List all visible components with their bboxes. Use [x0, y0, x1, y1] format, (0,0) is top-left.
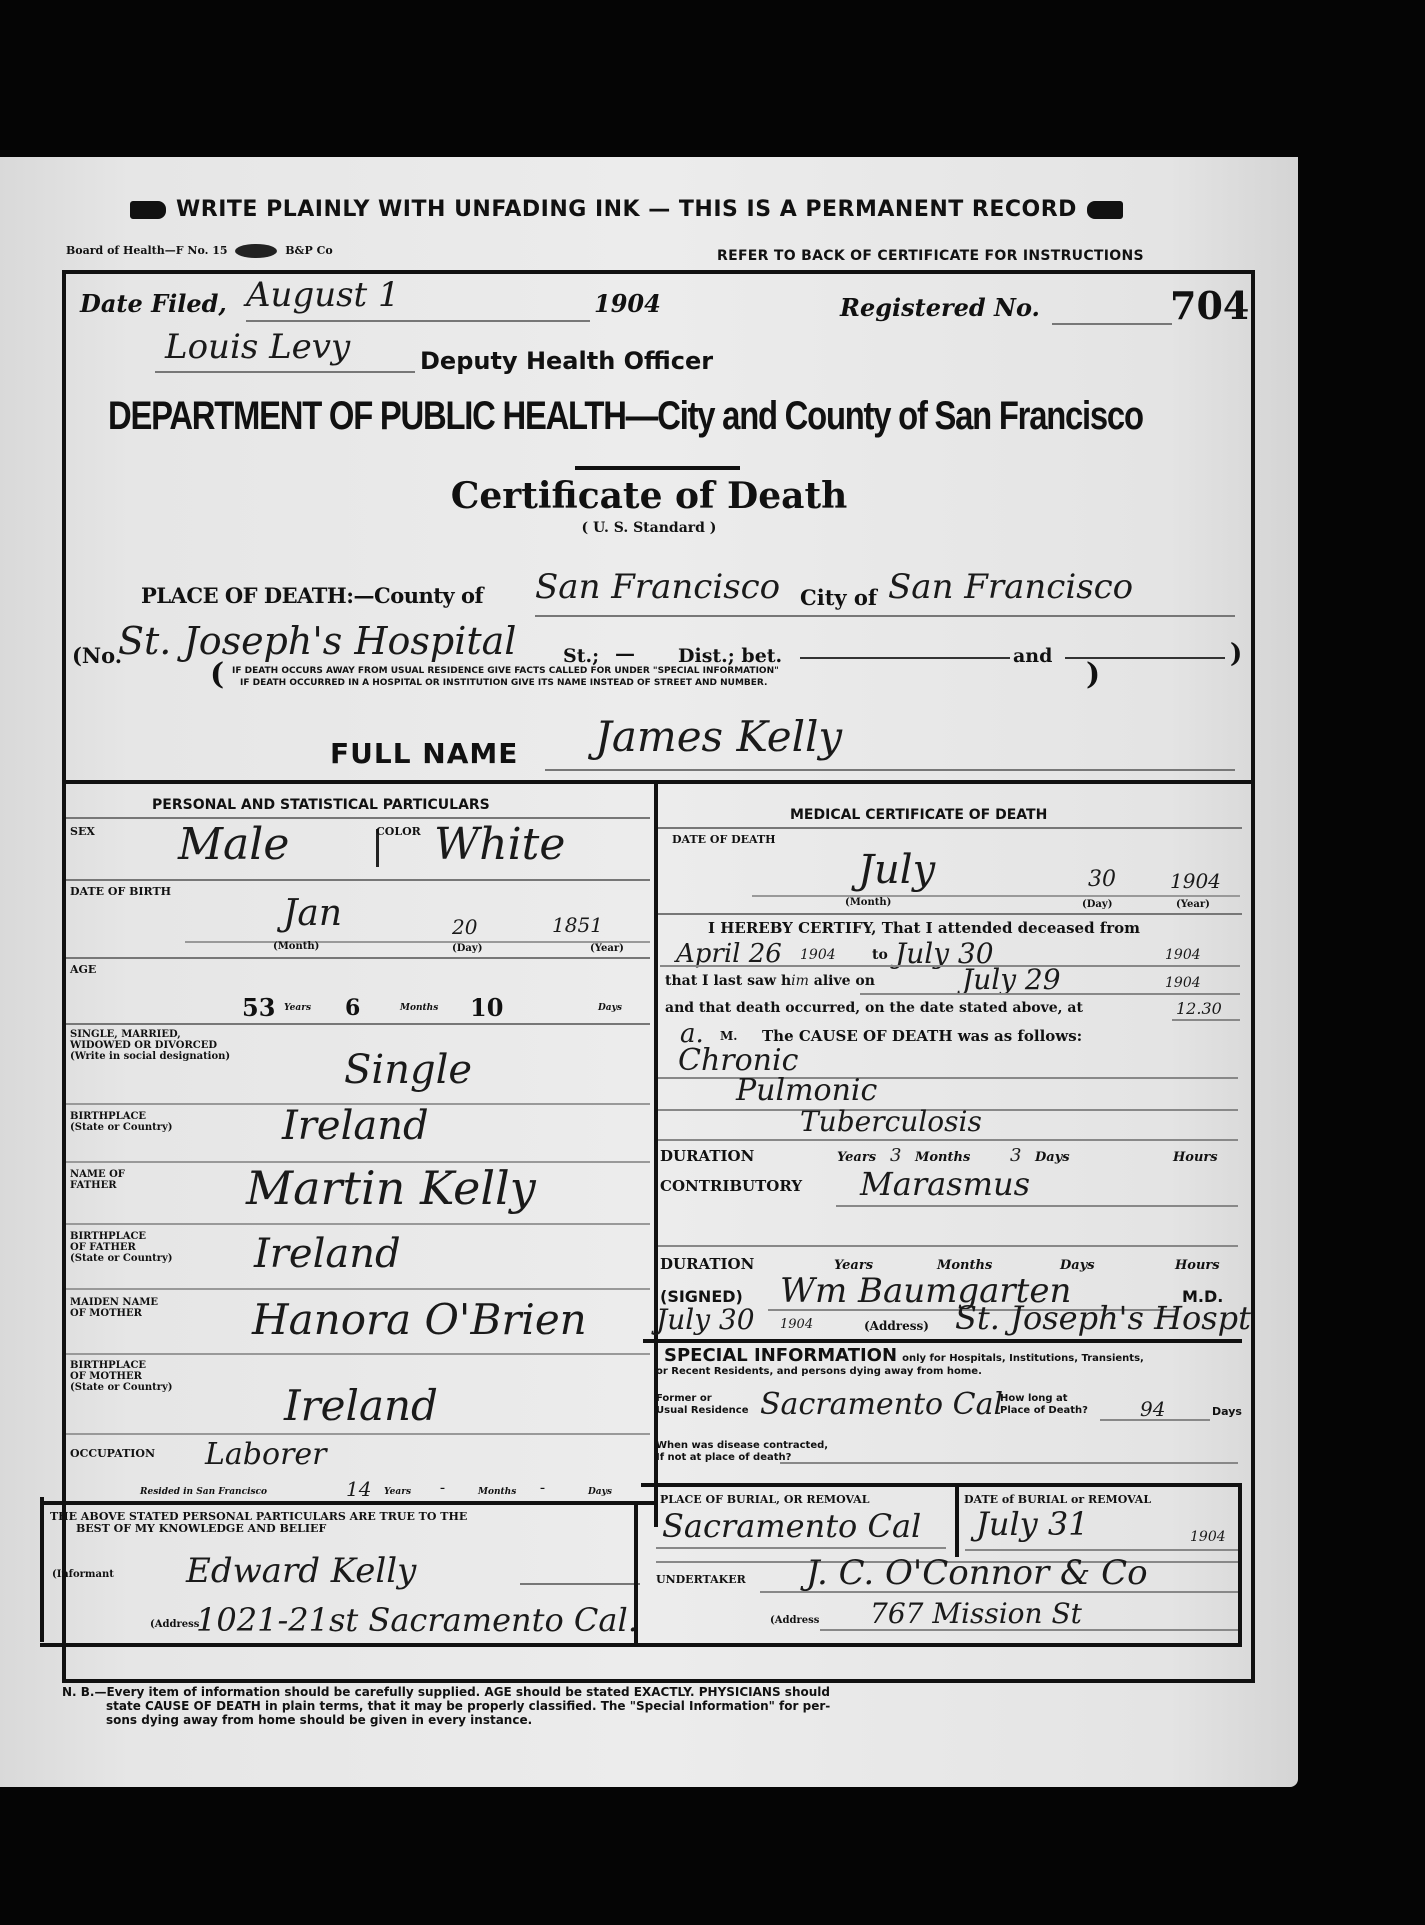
certify-text: I HEREBY CERTIFY, That I attended deceas… — [708, 919, 1140, 937]
officer-signature: Louis Levy — [165, 327, 350, 367]
informant-address-label: (Address — [150, 1619, 199, 1630]
death-certificate: WRITE PLAINLY WITH UNFADING INK — THIS I… — [0, 157, 1298, 1787]
registered-number: 704 — [1170, 283, 1249, 328]
certificate-standard: ( U. S. Standard ) — [0, 520, 1298, 536]
district-label: Dist.; bet. — [678, 645, 782, 667]
undertaker-address-label: (Address — [770, 1615, 819, 1626]
sex-value: Male — [178, 819, 289, 870]
age-years: 53 — [242, 993, 275, 1022]
mother-birthplace-value: Ireland — [284, 1381, 438, 1430]
age-label: AGE — [70, 963, 96, 976]
father-name-label: NAME OF FATHER — [70, 1169, 125, 1191]
printer-seal-icon — [235, 244, 277, 258]
dob-label: DATE OF BIRTH — [70, 885, 171, 898]
street-value: — — [615, 641, 635, 665]
and-label: and — [1013, 645, 1052, 667]
age-months: 6 — [345, 995, 360, 1021]
personal-heading: PERSONAL AND STATISTICAL PARTICULARS — [152, 797, 490, 813]
department-title: DEPARTMENT OF PUBLIC HEALTH—City and Cou… — [108, 394, 1143, 439]
dod-year: 1904 — [1170, 869, 1221, 893]
last-saw-label: that I last saw him alive on — [665, 973, 875, 989]
city-label: City of — [800, 585, 877, 610]
place-of-death-label: PLACE OF DEATH:—County of — [141, 583, 483, 608]
informant-label: (Informant — [52, 1569, 114, 1580]
full-name-value: James Kelly — [595, 712, 842, 761]
date-filed-value: August 1 — [246, 275, 400, 315]
cause-text: The CAUSE OF DEATH was as follows: — [762, 1027, 1082, 1045]
last-saw-date: July 29 — [962, 963, 1061, 996]
duration-label: DURATION — [660, 1147, 754, 1165]
birthplace-value: Ireland — [282, 1103, 429, 1149]
father-name-value: Martin Kelly — [246, 1161, 536, 1215]
dod-month: July — [858, 847, 935, 893]
dob-day: 20 — [452, 915, 477, 939]
county-value: San Francisco — [535, 567, 780, 607]
informant-address: 1021-21st Sacramento Cal. — [196, 1601, 638, 1639]
full-name-label: FULL NAME — [330, 737, 518, 770]
residence-note-1: IF DEATH OCCURS AWAY FROM USUAL RESIDENC… — [232, 666, 779, 676]
color-value: White — [434, 819, 565, 870]
special-info-heading: SPECIAL INFORMATION only for Hospitals, … — [664, 1345, 1144, 1366]
date-filed-label: Date Filed, — [80, 289, 227, 318]
contributory-label: CONTRIBUTORY — [660, 1177, 802, 1195]
father-birthplace-label: BIRTHPLACE OF FATHER (State or Country) — [70, 1231, 173, 1264]
dod-day: 30 — [1088, 867, 1116, 892]
residence-label: Former or Usual Residence — [656, 1393, 748, 1417]
city-value: San Francisco — [888, 567, 1133, 607]
certificate-title: Certificate of Death — [0, 475, 1298, 517]
duration2-label: DURATION — [660, 1255, 754, 1273]
informant-name: Edward Kelly — [186, 1551, 416, 1591]
medical-heading: MEDICAL CERTIFICATE OF DEATH — [790, 807, 1047, 823]
title-divider — [575, 466, 740, 470]
how-long-value: 94 — [1140, 1397, 1165, 1421]
physician-address: St. Joseph's Hospt — [955, 1299, 1251, 1337]
occupation-value: Laborer — [205, 1437, 327, 1472]
pointing-hand-icon — [1087, 201, 1123, 219]
footer-note: N. B.—Every item of information should b… — [62, 1685, 830, 1727]
duration-months: 3 — [1010, 1145, 1021, 1166]
residence-value: Sacramento Cal — [760, 1387, 1003, 1422]
burial-place-label: PLACE OF BURIAL, OR REMOVAL — [660, 1493, 869, 1506]
pointing-hand-icon — [130, 201, 166, 219]
marital-label: SINGLE, MARRIED, WIDOWED OR DIVORCED (Wr… — [70, 1029, 230, 1062]
sex-label: SEX — [70, 825, 95, 838]
occupation-label: OCCUPATION — [70, 1447, 155, 1460]
header-banner: WRITE PLAINLY WITH UNFADING INK — THIS I… — [120, 197, 1133, 222]
birthplace-label: BIRTHPLACE (State or Country) — [70, 1111, 173, 1133]
registered-label: Registered No. — [840, 293, 1040, 322]
duration-years: 3 — [890, 1145, 901, 1166]
undertaker-label: UNDERTAKER — [656, 1573, 746, 1586]
street-label: St.; — [563, 645, 599, 667]
form-number: Board of Health—F No. 15 B&P Co — [66, 244, 333, 258]
color-label: COLOR — [376, 825, 421, 838]
institution-name: St. Joseph's Hospital — [118, 619, 516, 663]
date-filed-year: 1904 — [594, 289, 661, 318]
mother-name-value: Hanora O'Brien — [252, 1295, 587, 1344]
undertaker-value: J. C. O'Connor & Co — [806, 1553, 1148, 1593]
dob-year: 1851 — [552, 913, 603, 937]
resided-years: 14 — [346, 1477, 371, 1501]
occurred-text: and that death occurred, on the date sta… — [665, 1000, 1083, 1016]
officer-title: Deputy Health Officer — [420, 347, 713, 375]
mother-name-label: MAIDEN NAME OF MOTHER — [70, 1297, 158, 1319]
contracted-label: When was disease contracted, If not at p… — [656, 1440, 828, 1464]
cause-line-2: Pulmonic — [736, 1073, 877, 1108]
how-long-label: How long at Place of Death? — [1000, 1393, 1088, 1417]
age-days: 10 — [470, 993, 503, 1022]
instructions-note: REFER TO BACK OF CERTIFICATE FOR INSTRUC… — [717, 248, 1144, 264]
dob-month: Jan — [283, 893, 342, 934]
undertaker-address: 767 Mission St — [870, 1597, 1082, 1630]
burial-date-value: July 31 — [976, 1505, 1089, 1543]
time-of-death: 12.30 — [1176, 999, 1222, 1018]
residence-note-2: IF DEATH OCCURRED IN A HOSPITAL OR INSTI… — [240, 678, 767, 688]
dod-label: DATE OF DEATH — [672, 833, 776, 846]
signed-date: July 30 — [656, 1303, 755, 1336]
burial-place-value: Sacramento Cal — [662, 1507, 921, 1545]
cause-line-3: Tuberculosis — [800, 1105, 982, 1138]
marital-value: Single — [344, 1047, 472, 1093]
contributory-value: Marasmus — [860, 1165, 1030, 1203]
father-birthplace-value: Ireland — [254, 1231, 401, 1277]
street-number-label: (No. — [72, 643, 122, 668]
mother-birthplace-label: BIRTHPLACE OF MOTHER (State or Country) — [70, 1360, 173, 1393]
informant-statement: THE ABOVE STATED PERSONAL PARTICULARS AR… — [50, 1511, 467, 1535]
